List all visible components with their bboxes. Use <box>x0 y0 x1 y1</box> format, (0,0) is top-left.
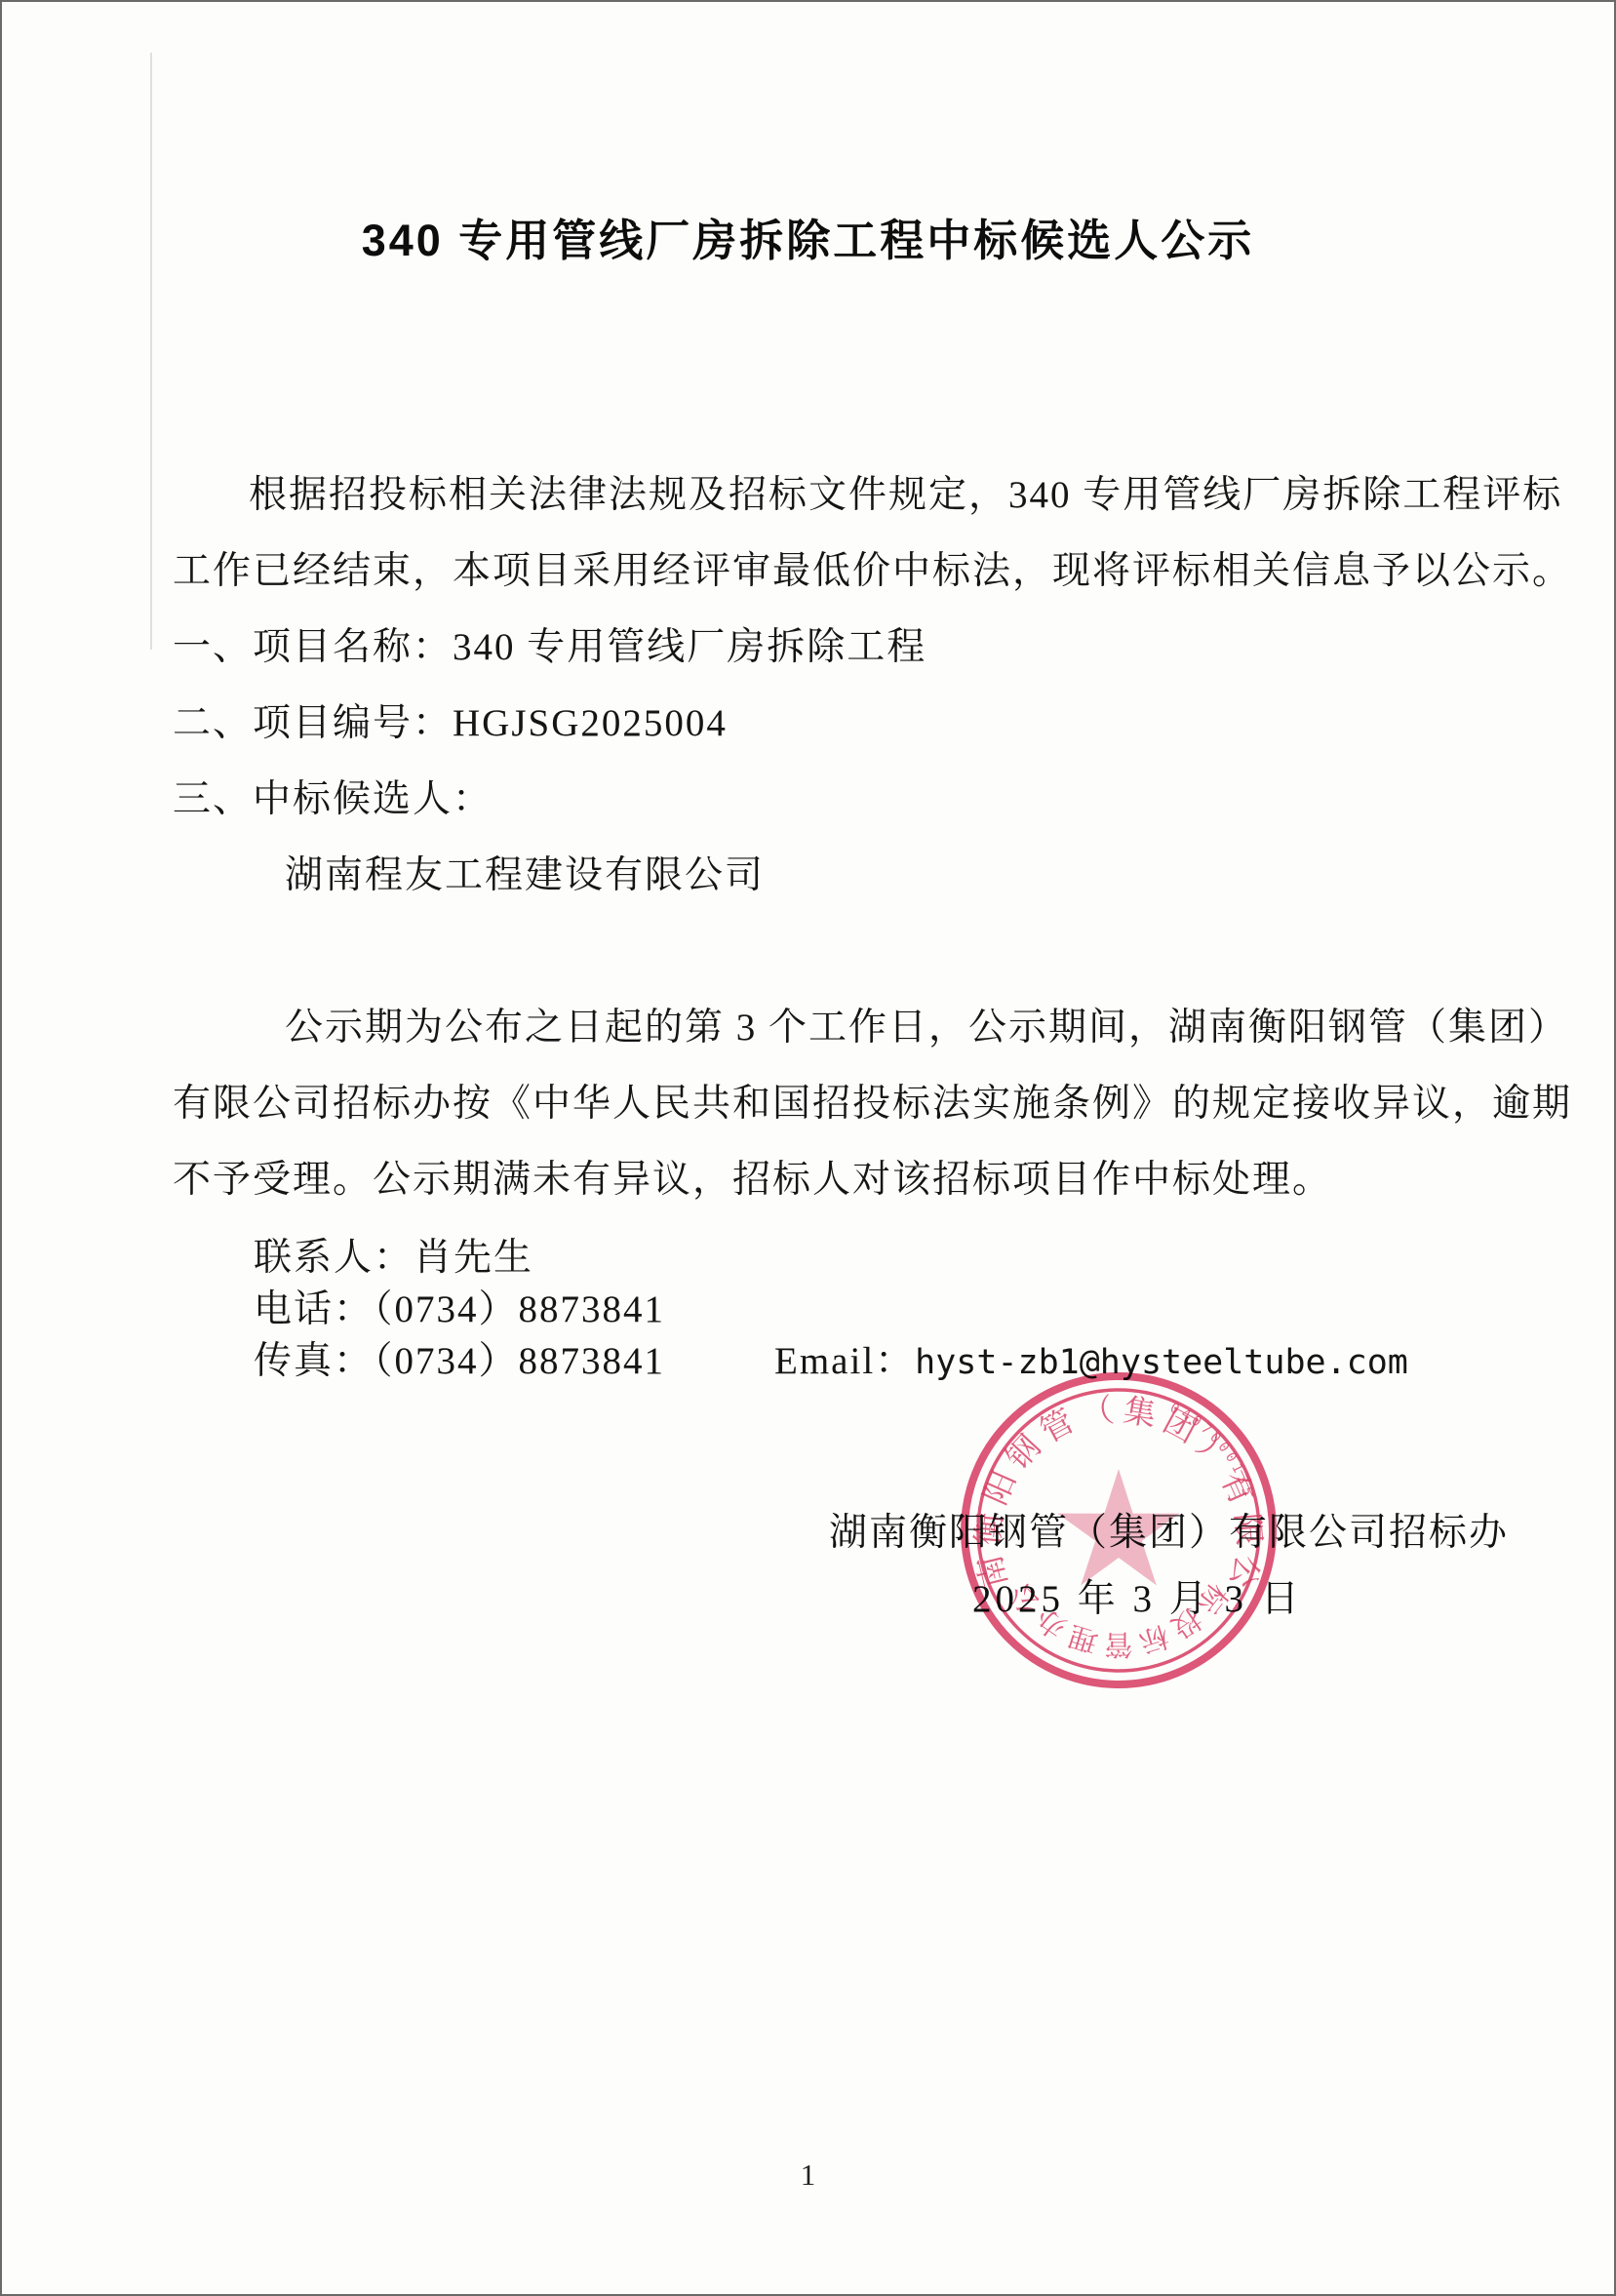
item-candidates-label: 三、中标候选人： <box>173 769 493 823</box>
contact-person: 联系人：肖先生 <box>254 1227 533 1282</box>
contact-fax-email-row: 传真：（0734）8873841Email：hyst-zb1@hysteeltu… <box>254 1330 1408 1385</box>
signature-organization: 湖南衡阳钢管（集团）有限公司招标办 <box>829 1502 1509 1557</box>
stamp-serial-number: 0407000135 <box>1167 1401 1256 1502</box>
item-project-name: 一、项目名称：340 专用管线厂房拆除工程 <box>173 616 926 671</box>
notice-line-2: 有限公司招标办按《中华人民共和国招投标法实施条例》的规定接收异议，逾期 <box>173 1073 1572 1128</box>
stamp-arc-text-top: 湖南衡阳钢管（集团）有限公司 <box>956 1367 1268 1592</box>
candidate-name: 湖南程友工程建设有限公司 <box>285 845 765 899</box>
document-title: 340 专用管线厂房拆除工程中标候选人公示 <box>2 205 1614 268</box>
contact-fax: 传真：（0734）8873841 <box>254 1340 665 1382</box>
intro-line-2: 工作已经结束，本项目采用经评审最低价中标法，现将评标相关信息予以公示。 <box>173 540 1572 595</box>
signature-date: 2025 年 3 月 3 日 <box>972 1568 1303 1623</box>
notice-line-1: 公示期为公布之日起的第 3 个工作日，公示期间，湖南衡阳钢管（集团） <box>285 997 1568 1051</box>
item-project-number: 二、项目编号：HGJSG2025004 <box>173 693 728 747</box>
notice-line-3: 不予受理。公示期满未有异议，招标人对该招标项目作中标处理。 <box>173 1149 1332 1204</box>
scan-artifact-line <box>150 53 152 650</box>
contact-email-label: Email： <box>774 1340 915 1382</box>
contact-email-value: hyst-zb1@hysteeltube.com <box>915 1343 1408 1382</box>
page-number: 1 <box>2 2157 1614 2193</box>
contact-phone: 电话：（0734）8873841 <box>254 1279 665 1333</box>
svg-text:0407000135: 0407000135 <box>1167 1401 1256 1502</box>
intro-line-1: 根据招投标相关法律法规及招标文件规定，340 专用管线厂房拆除工程评标 <box>249 464 1562 519</box>
scanned-document-page: 340 专用管线厂房拆除工程中标候选人公示 根据招投标相关法律法规及招标文件规定… <box>0 0 1616 2296</box>
svg-text:湖南衡阳钢管（集团）有限公司: 湖南衡阳钢管（集团）有限公司 <box>956 1367 1268 1592</box>
